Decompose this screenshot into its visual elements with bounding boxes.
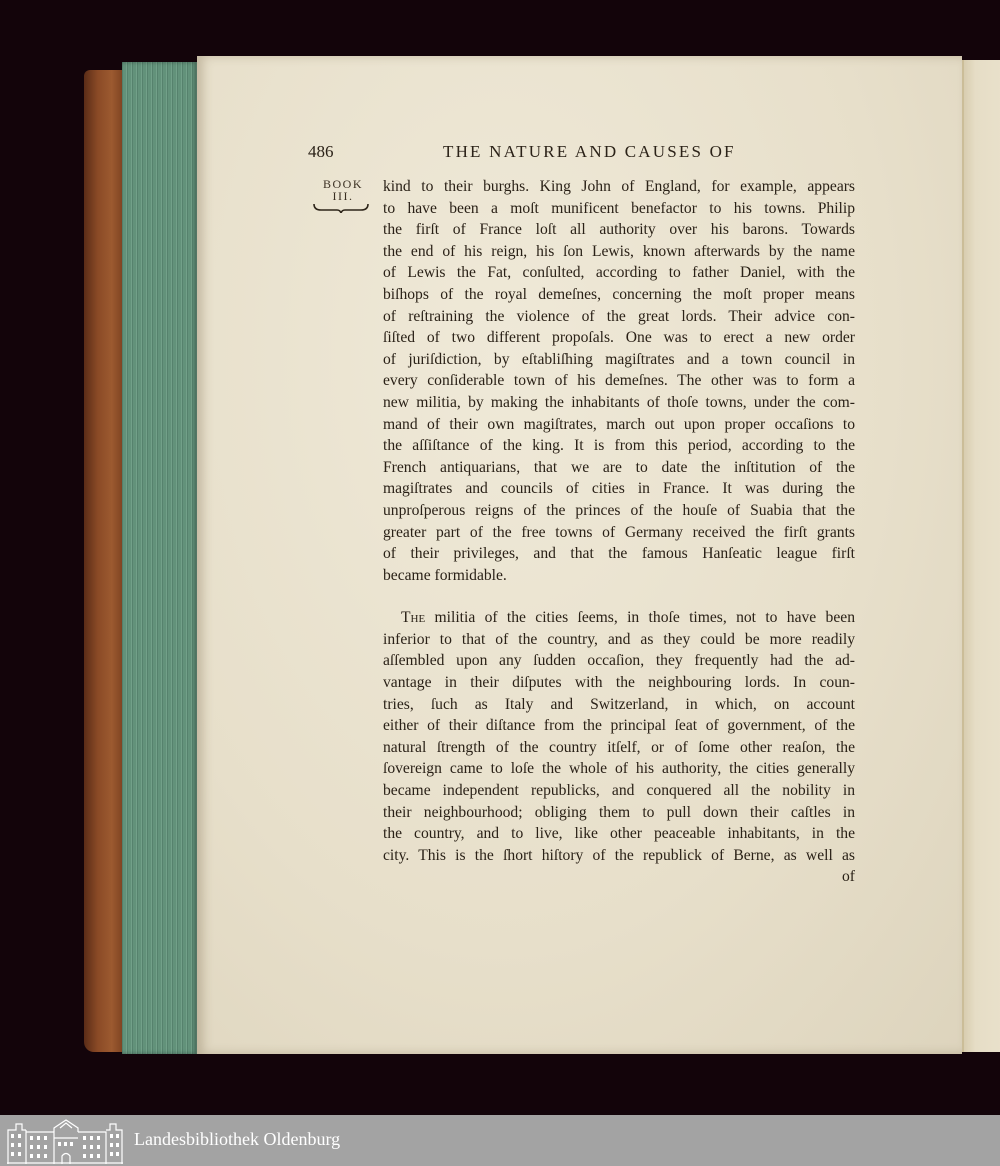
text-line-rest: militia of the cities ſeems, in thoſe ti… <box>425 609 855 626</box>
running-head: 486 THE NATURE AND CAUSES OF <box>308 142 808 164</box>
text-line: magiſtrates and councils of cities in Fr… <box>383 478 855 500</box>
text-line: the end of his reign, his ſon Lewis, kno… <box>383 241 855 263</box>
text-line: mand of their own magiſtrates, march out… <box>383 414 855 436</box>
text-line: their neighbourhood; obliging them to pu… <box>383 802 855 824</box>
text-line: of their privileges, and that the famous… <box>383 543 855 565</box>
facing-page-edge <box>962 60 1000 1052</box>
text-line: of Lewis the Fat, conſulted, according t… <box>383 262 855 284</box>
text-line: inferior to that of the country, and as … <box>383 629 855 651</box>
text-line: new militia, by making the inhabitants o… <box>383 392 855 414</box>
text-line: became independent republicks, and conqu… <box>383 780 855 802</box>
text-line: the aſſiſtance of the king. It is from t… <box>383 435 855 457</box>
text-line: vantage in their diſputes with the neigh… <box>383 672 855 694</box>
text-line: became formidable. <box>383 565 855 587</box>
text-line: natural ſtrength of the country itſelf, … <box>383 737 855 759</box>
text-line: kind to their burghs. King John of Engla… <box>383 176 855 198</box>
small-caps-lead: The <box>401 609 425 626</box>
text-line: to have been a moſt munificent benefacto… <box>383 198 855 220</box>
text-line: ſiſted of two different propoſals. One w… <box>383 327 855 349</box>
text-line: ſovereign came to loſe the whole of his … <box>383 758 855 780</box>
text-line: of reſtraining the violence of the great… <box>383 306 855 328</box>
page-number: 486 <box>308 142 334 162</box>
text-line: French antiquarians, that we are to date… <box>383 457 855 479</box>
text-line: every conſiderable town of his demeſnes.… <box>383 370 855 392</box>
catchword: of <box>383 866 855 888</box>
text-line: either of their diſtance from the princi… <box>383 715 855 737</box>
text-line: aſſembled upon any ſudden occaſion, they… <box>383 650 855 672</box>
text-line: of juriſdiction, by eſtabliſhing magiſtr… <box>383 349 855 371</box>
running-head-title: THE NATURE AND CAUSES OF <box>443 142 736 162</box>
library-building-icon <box>6 1118 124 1164</box>
text-line: the country, and to live, like other pea… <box>383 823 855 845</box>
text-line: biſhops of the royal demeſnes, concernin… <box>383 284 855 306</box>
text-line: the firſt of France loſt all authority o… <box>383 219 855 241</box>
library-name: Landesbibliothek Oldenburg <box>134 1129 340 1150</box>
margin-note-book: BOOK III. <box>312 178 374 202</box>
text-line-first: The militia of the cities ſeems, in thoſ… <box>383 607 855 629</box>
brace-icon <box>313 203 369 213</box>
text-line: greater part of the free towns of German… <box>383 522 855 544</box>
paragraph-1: kind to their burghs. King John of Engla… <box>383 176 855 586</box>
body-text: kind to their burghs. King John of Engla… <box>383 176 855 888</box>
footer-bar: Landesbibliothek Oldenburg <box>0 1115 1000 1166</box>
page-edges-green <box>122 62 198 1054</box>
margin-note-book-number: III. <box>312 190 374 202</box>
paragraph-2: The militia of the cities ſeems, in thoſ… <box>383 607 855 888</box>
text-line: city. This is the ſhort hiſtory of the r… <box>383 845 855 867</box>
text-line: unproſperous reigns of the princes of th… <box>383 500 855 522</box>
text-line: tries, ſuch as Italy and Switzerland, in… <box>383 694 855 716</box>
